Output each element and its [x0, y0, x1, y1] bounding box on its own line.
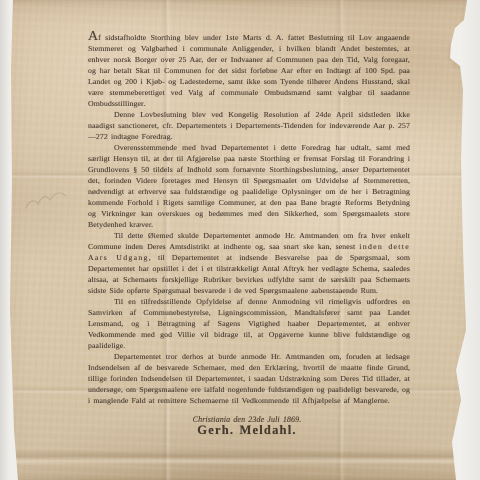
fold-crease-bottom [0, 449, 480, 465]
pencil-mark [20, 178, 80, 218]
scan-background: Af sidstafholdte Storthing blev under 1s… [0, 0, 480, 480]
document-paper: Af sidstafholdte Storthing blev under 1s… [0, 0, 480, 480]
body-paragraph-1: Af sidstafholdte Storthing blev under 1s… [88, 32, 410, 109]
paragraph-text: f sidstafholdte Storthing blev under 1st… [88, 33, 410, 108]
closing-block: Christiania den 23de Juli 1869. Gerh. Me… [88, 414, 380, 436]
drop-cap-initial: A [88, 29, 98, 44]
body-paragraph-4: Til dette Øiemed skulde Departementet an… [88, 230, 410, 296]
body-paragraph-2: Denne Lovbeslutning blev ved Kongelig Re… [88, 109, 410, 142]
document-text: Af sidstafholdte Storthing blev under 1s… [88, 32, 410, 436]
body-paragraph-6: Departementet tror derhos at burde anmod… [88, 351, 410, 406]
torn-edge-notch [430, 26, 480, 82]
body-paragraph-3: Overensstemmende med hvad Departementet … [88, 142, 410, 230]
body-paragraph-5: Til en tilfredsstillende Opfyldelse af d… [88, 296, 410, 351]
signature: Gerh. Meldahl. [88, 425, 380, 436]
